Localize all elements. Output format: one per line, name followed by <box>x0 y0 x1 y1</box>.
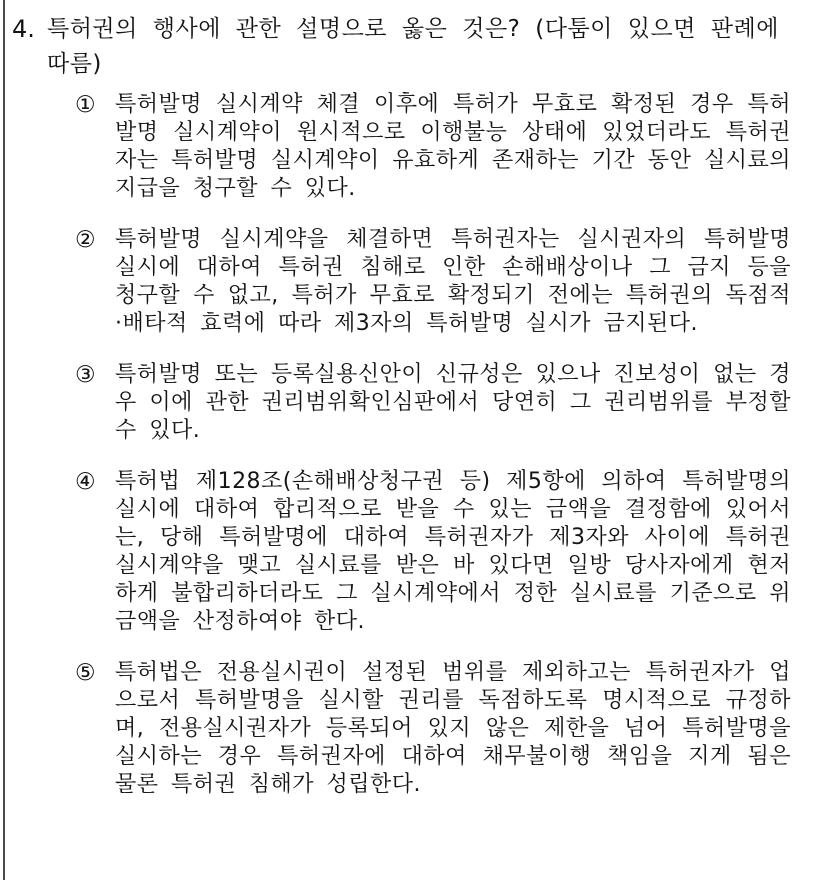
option-marker-icon: ② <box>75 226 115 338</box>
option-text: 특허발명 또는 등록실용신안이 신규성은 있으나 진보성이 없는 경우 이에 관… <box>115 361 791 445</box>
options-list: ① 특허발명 실시계약 체결 이후에 특허가 무효로 확정된 경우 특허발명 실… <box>75 91 792 799</box>
question-block: 4. 특허권의 행사에 관한 설명으로 옳은 것은? (다툼이 있으면 판례에 … <box>12 12 792 82</box>
answer-option: ④ 특허법 제128조(손해배상청구권 등) 제5항에 의하여 특허발명의 실시… <box>75 468 792 636</box>
option-text: 특허발명 실시계약 체결 이후에 특허가 무효로 확정된 경우 특허발명 실시계… <box>115 91 791 203</box>
option-text: 특허법은 전용실시권이 설정된 범위를 제외하고는 특허권자가 업으로서 특허발… <box>115 659 791 799</box>
exam-page: 4. 특허권의 행사에 관한 설명으로 옳은 것은? (다툼이 있으면 판례에 … <box>0 0 826 880</box>
question-text: 특허권의 행사에 관한 설명으로 옳은 것은? (다툼이 있으면 판례에 따름) <box>47 12 779 82</box>
option-text: 특허법 제128조(손해배상청구권 등) 제5항에 의하여 특허발명의 실시에 … <box>115 468 791 636</box>
option-marker-icon: ③ <box>75 361 115 445</box>
option-text: 특허발명 실시계약을 체결하면 특허권자는 실시권자의 특허발명 실시에 대하여… <box>115 226 791 338</box>
option-marker-icon: ① <box>75 91 115 203</box>
question-number: 4. <box>12 12 47 82</box>
left-border-rule <box>3 0 5 880</box>
answer-option: ① 특허발명 실시계약 체결 이후에 특허가 무효로 확정된 경우 특허발명 실… <box>75 91 792 203</box>
answer-option: ③ 특허발명 또는 등록실용신안이 신규성은 있으나 진보성이 없는 경우 이에… <box>75 361 792 445</box>
option-marker-icon: ④ <box>75 468 115 636</box>
option-marker-icon: ⑤ <box>75 659 115 799</box>
answer-option: ② 특허발명 실시계약을 체결하면 특허권자는 실시권자의 특허발명 실시에 대… <box>75 226 792 338</box>
answer-option: ⑤ 특허법은 전용실시권이 설정된 범위를 제외하고는 특허권자가 업으로서 특… <box>75 659 792 799</box>
